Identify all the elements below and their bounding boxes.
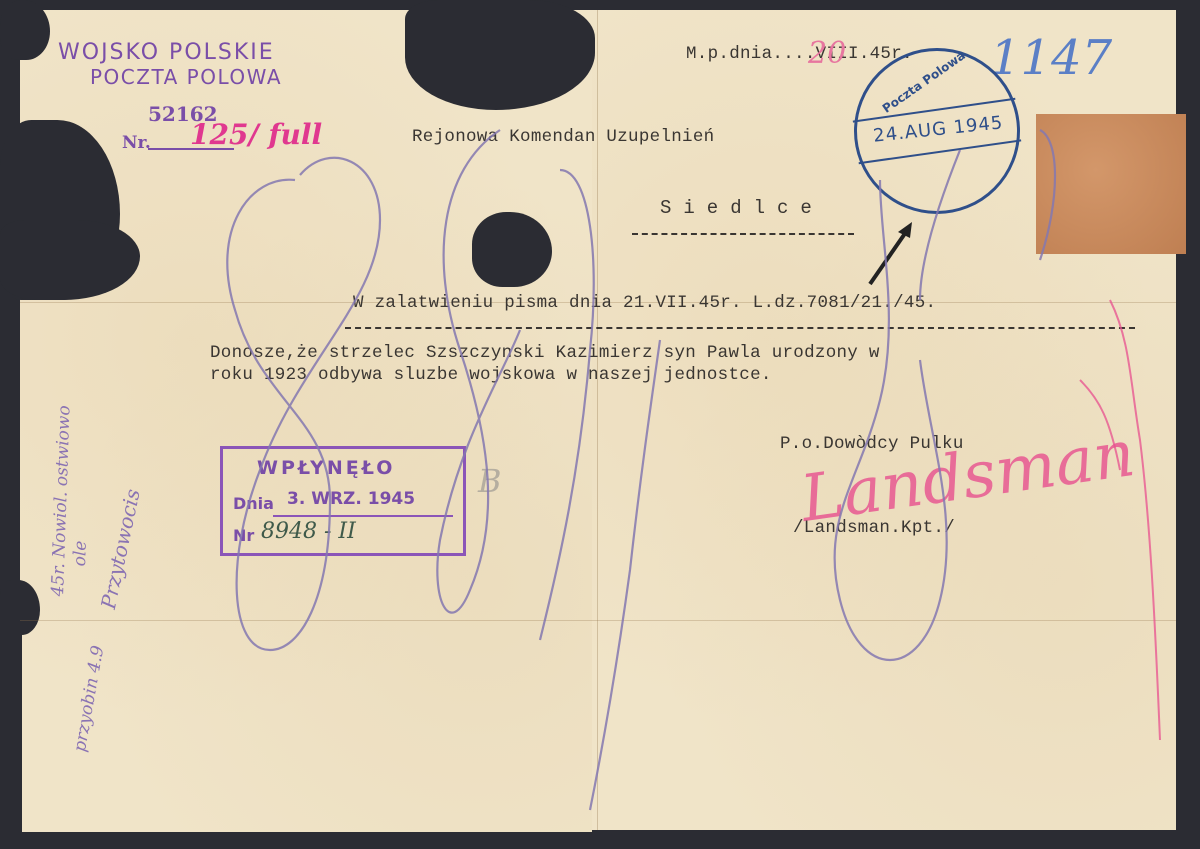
recipient-line: Rejonowa Komendan Uzupelnień: [412, 127, 714, 147]
stamp-line-wojsko-polskie: WOJSKO POLSKIE: [58, 40, 275, 65]
stamp-line-poczta-polowa: POCZTA POLOWA: [90, 65, 282, 89]
signature-name: /Landsman.Kpt./: [793, 518, 955, 538]
received-stamp: WPŁYNĘŁO Dnia 3. WRZ. 1945 Nr 8948 - II: [220, 446, 466, 556]
handwritten-number-top-right: 1147: [990, 30, 1112, 86]
body-line-2: roku 1923 odbywa sluzbe wojskowa w nasze…: [210, 365, 772, 385]
body-line-1: Donosze,że strzelec Szszczynski Kazimier…: [210, 343, 880, 363]
date-line: M.p.dnia....VIII.45r.: [686, 44, 913, 64]
tear-hole-center: [472, 212, 552, 287]
pencil-initial: B: [478, 462, 502, 500]
handwritten-day: 20: [808, 36, 846, 71]
received-stamp-date-value: 3. WRZ. 1945: [287, 489, 415, 509]
city-underline: [632, 233, 854, 235]
tear-left-strip: [0, 620, 22, 849]
tear-top-left: [0, 0, 50, 60]
received-stamp-title: WPŁYNĘŁO: [257, 457, 395, 479]
side-note-2: ole: [70, 540, 91, 566]
received-stamp-nr-value: 8948 - II: [261, 519, 356, 544]
postmark-stamp: Poczta Polowa 24.AUG 1945: [854, 48, 1020, 214]
recipient-city: S i e d l c e: [660, 197, 812, 219]
stamp-nr-label: Nr.: [122, 133, 151, 153]
received-stamp-nr-label: Nr: [233, 526, 254, 545]
received-stamp-date-underline: [273, 515, 453, 517]
handwritten-ref-number: 125/ full: [190, 118, 322, 151]
fold-horizontal-lower: [20, 620, 1176, 621]
received-stamp-date-label: Dnia: [233, 494, 274, 513]
reference-underline: [345, 327, 1135, 329]
reference-line: W zalatwieniu pisma dnia 21.VII.45r. L.d…: [353, 293, 936, 313]
brown-tape: [1036, 114, 1186, 254]
